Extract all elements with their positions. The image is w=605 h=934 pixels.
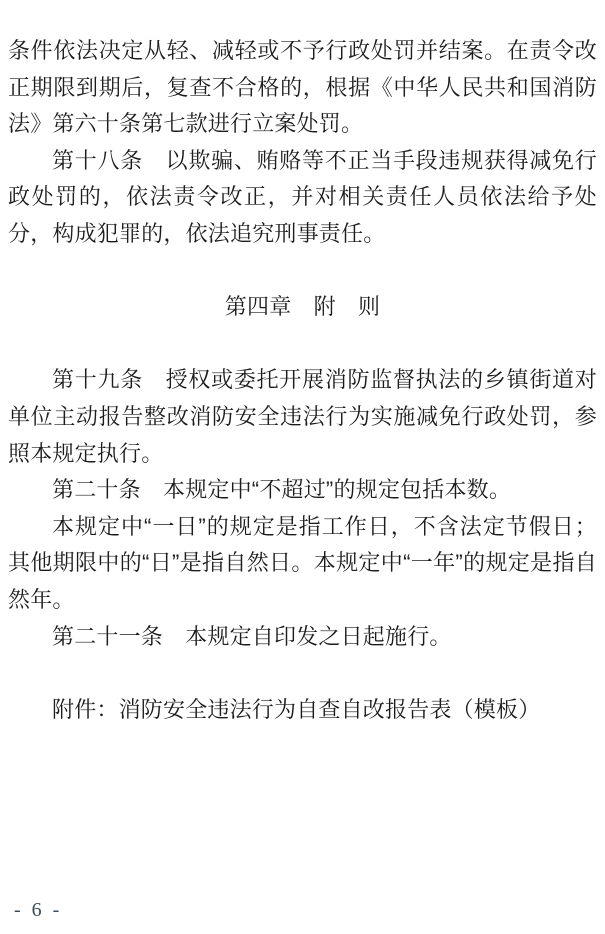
attachment-note: 附件：消防安全违法行为自查自改报告表（模板）	[8, 692, 597, 729]
paragraph-article18: 第十八条 以欺骗、贿赂等不正当手段违规获得减免行政处罚的，依法责令改正，并对相关…	[8, 143, 597, 253]
paragraph-article21: 第二十一条 本规定自印发之日起施行。	[8, 619, 597, 656]
page-number: - 6 -	[14, 899, 60, 922]
document-page: 条件依法决定从轻、减轻或不予行政处罚并结案。在责令改正期限到期后，复查不合格的，…	[0, 0, 605, 934]
paragraph-article17-continuation: 条件依法决定从轻、减轻或不予行政处罚并结案。在责令改正期限到期后，复查不合格的，…	[8, 33, 597, 143]
chapter-heading: 第四章 附 则	[8, 289, 597, 326]
document-body: 条件依法决定从轻、减轻或不予行政处罚并结案。在责令改正期限到期后，复查不合格的，…	[8, 33, 597, 728]
paragraph-article20-supplement: 本规定中“一日”的规定是指工作日，不含法定节假日；其他期限中的“日”是指自然日。…	[8, 509, 597, 619]
paragraph-article19: 第十九条 授权或委托开展消防监督执法的乡镇街道对单位主动报告整改消防安全违法行为…	[8, 362, 597, 472]
paragraph-article20: 第二十条 本规定中“不超过”的规定包括本数。	[8, 472, 597, 509]
